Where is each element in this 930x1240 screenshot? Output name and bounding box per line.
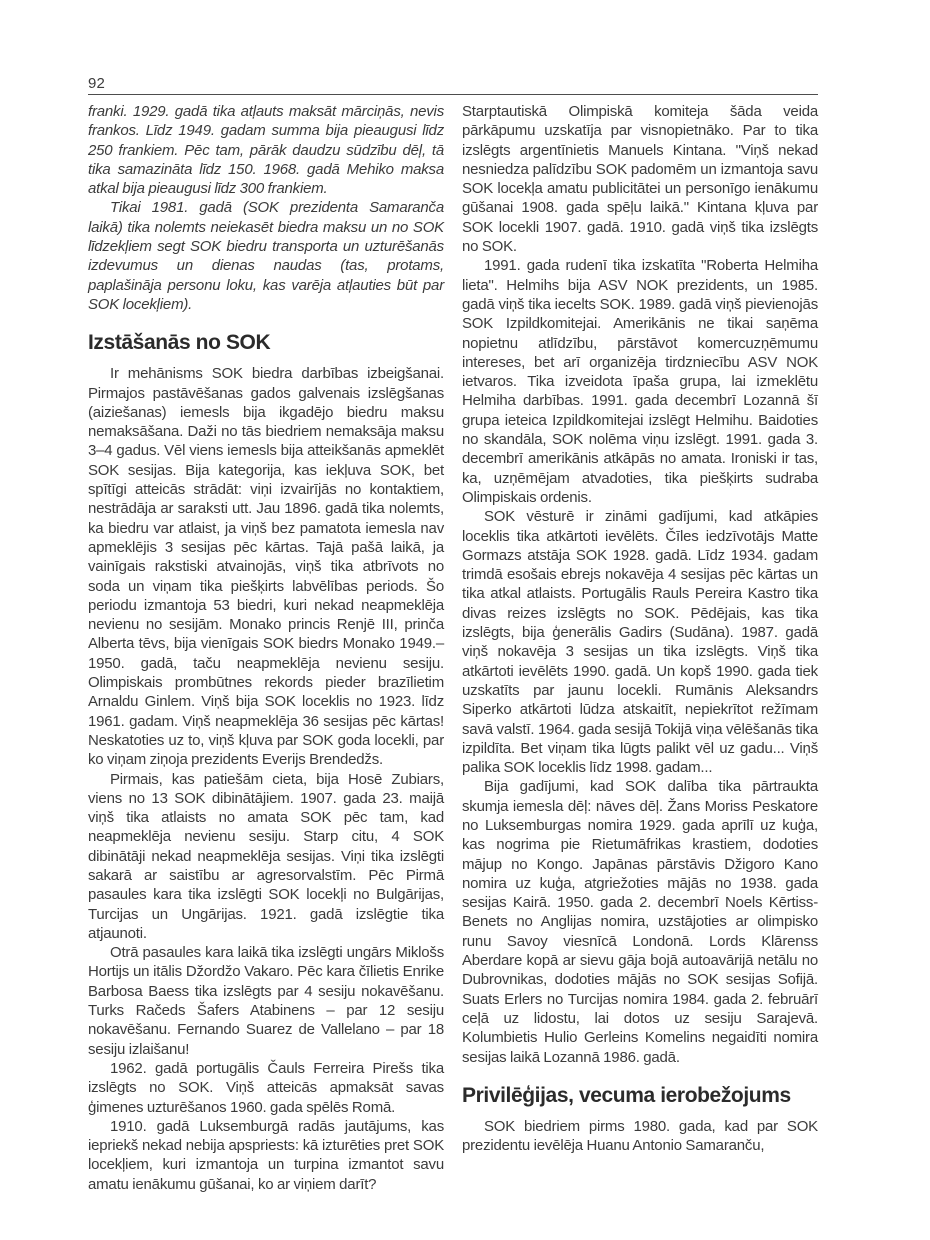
section-heading-privilegijas: Privilēģijas, vecuma ierobežojums bbox=[462, 1084, 818, 1108]
header-rule bbox=[88, 94, 818, 95]
paragraph: 1991. gada rudenī tika izskatīta "Robert… bbox=[462, 256, 818, 507]
book-page: 92 franki. 1929. gadā tika atļauts maksā… bbox=[88, 0, 818, 1194]
paragraph: SOK biedriem pirms 1980. gada, kad par S… bbox=[462, 1117, 818, 1156]
paragraph: SOK vēsturē ir zināmi gadījumi, kad atkā… bbox=[462, 507, 818, 777]
right-column: Starptautiskā Olimpiskā komiteja šāda ve… bbox=[462, 102, 818, 1194]
paragraph: 1910. gadā Luksemburgā radās jautājums, … bbox=[88, 1117, 444, 1194]
page-number: 92 bbox=[88, 76, 818, 92]
paragraph-continuation: Starptautiskā Olimpiskā komiteja šāda ve… bbox=[462, 102, 818, 256]
section-heading-izstasanas: Izstāšanās no SOK bbox=[88, 331, 444, 355]
paragraph: Ir mehānisms SOK biedra darbības izbeigš… bbox=[88, 364, 444, 769]
paragraph: Bija gadījumi, kad SOK dalība tika pārtr… bbox=[462, 777, 818, 1066]
paragraph: Otrā pasaules kara laikā tika izslēgti u… bbox=[88, 943, 444, 1059]
left-column: franki. 1929. gadā tika atļauts maksāt m… bbox=[88, 102, 444, 1194]
paragraph: 1962. gadā portugālis Čauls Ferreira Pir… bbox=[88, 1059, 444, 1117]
paragraph-italic: Tikai 1981. gadā (SOK prezidenta Samaran… bbox=[88, 198, 444, 314]
two-column-text: franki. 1929. gadā tika atļauts maksāt m… bbox=[88, 102, 818, 1194]
page-header: 92 bbox=[88, 0, 818, 92]
paragraph-italic-continuation: franki. 1929. gadā tika atļauts maksāt m… bbox=[88, 102, 444, 198]
paragraph: Pirmais, kas patiešām cieta, bija Hosē Z… bbox=[88, 770, 444, 944]
